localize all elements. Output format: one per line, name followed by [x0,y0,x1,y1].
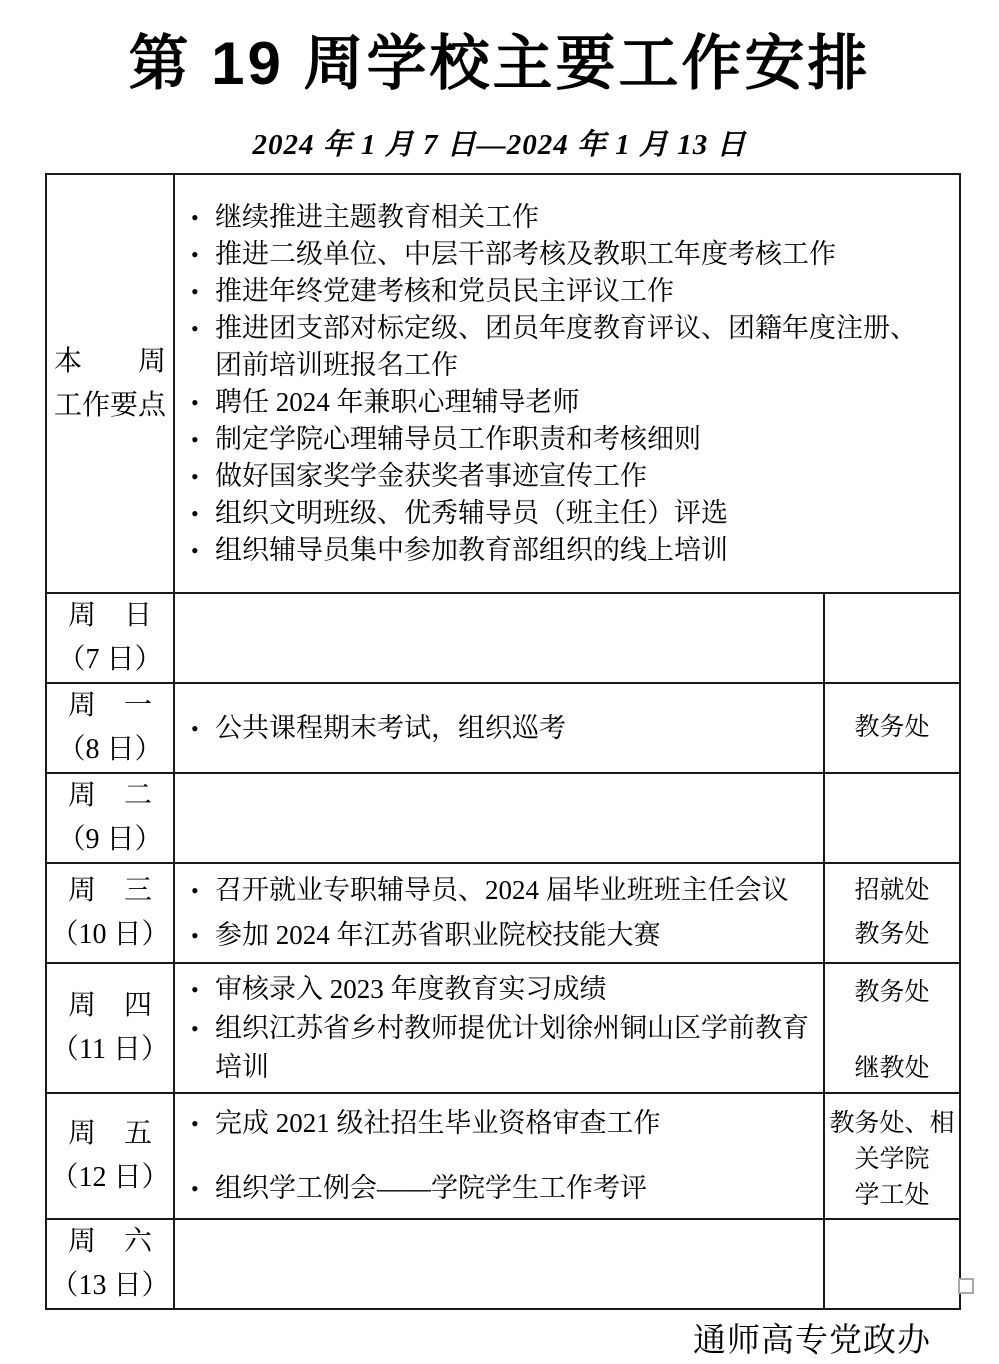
task-item: •推进团支部对标定级、团员年度教育评议、团籍年度注册、团前培训班报名工作 [191,310,931,384]
dept-label: 学工处 [827,1178,957,1214]
task-item: •推进年终党建考核和党员民主评议工作 [191,273,931,310]
task-text: 组织辅导员集中参加教育部组织的线上培训 [215,535,728,565]
bullet-icon: • [191,1167,215,1211]
task-text: 组织学工例会——学院学生工作考评 [215,1173,647,1203]
task-text: 继续推进主题教育相关工作 [215,202,539,232]
task-text: 推进二级单位、中层干部考核及教职工年度考核工作 [215,239,836,269]
dept-label: 招就处 [827,869,957,913]
task-item: •审核录入 2023 年度教育实习成绩 [191,970,811,1009]
day-tasks-cell: •完成 2021 级社招生毕业资格审查工作 •组织学工例会——学院学生工作考评 [174,1093,824,1219]
day-name: 周 四 [47,984,173,1028]
task-item: •组织辅导员集中参加教育部组织的线上培训 [191,532,931,569]
day-date: （9 日） [47,818,173,862]
day-tasks-cell [174,773,824,863]
dept-label: 教务处、相关学院 [827,1106,957,1178]
task-item: •组织文明班级、优秀辅导员（班主任）评选 [191,495,931,532]
day-row-tuesday: 周 二 （9 日） [46,773,960,863]
document-page: 第 19 周学校主要工作安排 2024 年 1 月 7 日—2024 年 1 月… [0,0,999,1364]
day-label: 周 三 （10 日） [46,863,174,963]
day-date: （11 日） [47,1028,173,1072]
day-tasks-cell: •公共课程期末考试，组织巡考 [174,683,824,773]
dept-group: 教务处 继教处 [827,969,957,1087]
bullet-icon: • [191,421,215,458]
bullet-icon: • [191,1102,215,1146]
bullet-icon: • [191,495,215,532]
day-dept-cell: 教务处、相关学院 学工处 [824,1093,960,1219]
summary-label-line2: 工作要点 [47,384,173,428]
day-name: 周 五 [47,1112,173,1156]
summary-label: 本 周 工作要点 [46,174,174,593]
day-label: 周 日 （7 日） [46,593,174,683]
day-tasks-cell: •召开就业专职辅导员、2024 届毕业班班主任会议 •参加 2024 年江苏省职… [174,863,824,963]
day-row-sunday: 周 日 （7 日） [46,593,960,683]
schedule-table: 本 周 工作要点 •继续推进主题教育相关工作 •推进二级单位、中层干部考核及教职… [45,173,961,1310]
task-item: •聘任 2024 年兼职心理辅导老师 [191,384,931,421]
day-date: （13 日） [47,1264,173,1308]
day-label: 周 二 （9 日） [46,773,174,863]
task-text: 公共课程期末考试，组织巡考 [215,713,566,743]
bullet-icon: • [191,971,215,1009]
task-item: •做好国家奖学金获奖者事迹宣传工作 [191,458,931,495]
day-name: 周 二 [47,774,173,818]
task-text: 制定学院心理辅导员工作职责和考核细则 [215,424,701,454]
task-item: •制定学院心理辅导员工作职责和考核细则 [191,421,931,458]
summary-tasks-cell: •继续推进主题教育相关工作 •推进二级单位、中层干部考核及教职工年度考核工作 •… [174,174,960,593]
bullet-icon: • [191,1010,215,1048]
task-text: 聘任 2024 年兼职心理辅导老师 [215,387,580,417]
day-name: 周 一 [47,684,173,728]
day-row-saturday: 周 六 （13 日） [46,1219,960,1309]
day-row-friday: 周 五 （12 日） •完成 2021 级社招生毕业资格审查工作 •组织学工例会… [46,1093,960,1219]
task-item: •完成 2021 级社招生毕业资格审查工作 [191,1101,811,1146]
task-item: •组织学工例会——学院学生工作考评 [191,1166,811,1211]
bullet-icon: • [191,384,215,421]
task-item: •召开就业专职辅导员、2024 届毕业班班主任会议 [191,868,811,913]
day-tasks-cell: •审核录入 2023 年度教育实习成绩 •组织江苏省乡村教师提优计划徐州铜山区学… [174,963,824,1093]
day-name: 周 三 [47,869,173,913]
day-date: （12 日） [47,1156,173,1200]
bullet-icon: • [191,707,215,751]
task-item: •组织江苏省乡村教师提优计划徐州铜山区学前教育培训 [191,1009,811,1086]
day-tasks-cell [174,593,824,683]
task-text: 参加 2024 年江苏省职业院校技能大赛 [215,920,661,950]
day-tasks-cell [174,1219,824,1309]
page-title: 第 19 周学校主要工作安排 [0,16,999,102]
task-text: 召开就业专职辅导员、2024 届毕业班班主任会议 [215,875,789,905]
task-text: 完成 2021 级社招生毕业资格审查工作 [215,1108,661,1138]
summary-row: 本 周 工作要点 •继续推进主题教育相关工作 •推进二级单位、中层干部考核及教职… [46,174,960,593]
bullet-icon: • [191,273,215,310]
task-text: 审核录入 2023 年度教育实习成绩 [215,974,607,1004]
dept-label: 教务处 [827,913,957,957]
task-group: •完成 2021 级社招生毕业资格审查工作 •组织学工例会——学院学生工作考评 [191,1101,811,1211]
bullet-icon: • [191,914,215,958]
task-text: 组织江苏省乡村教师提优计划徐州铜山区学前教育培训 [215,1013,809,1082]
dept-label: 教务处 [827,710,957,746]
task-item: •继续推进主题教育相关工作 [191,199,931,236]
task-item: •推进二级单位、中层干部考核及教职工年度考核工作 [191,236,931,273]
bullet-icon: • [191,199,215,236]
day-date: （7 日） [47,638,173,682]
task-item: •参加 2024 年江苏省职业院校技能大赛 [191,913,811,958]
task-text: 做好国家奖学金获奖者事迹宣传工作 [215,461,647,491]
day-dept-cell [824,593,960,683]
bullet-icon: • [191,532,215,569]
summary-label-line1: 本 周 [47,340,173,384]
task-item: •公共课程期末考试，组织巡考 [191,706,811,751]
day-dept-cell [824,773,960,863]
task-text: 推进团支部对标定级、团员年度教育评议、团籍年度注册、团前培训班报名工作 [215,313,917,380]
day-name: 周 日 [47,594,173,638]
day-date: （10 日） [47,913,173,957]
task-text: 组织文明班级、优秀辅导员（班主任）评选 [215,498,728,528]
bullet-icon: • [191,869,215,913]
date-range: 2024 年 1 月 7 日—2024 年 1 月 13 日 [0,122,999,163]
anchor-marker [958,1278,974,1294]
task-text: 推进年终党建考核和党员民主评议工作 [215,276,674,306]
bullet-icon: • [191,458,215,495]
day-row-wednesday: 周 三 （10 日） •召开就业专职辅导员、2024 届毕业班班主任会议 •参加… [46,863,960,963]
day-label: 周 五 （12 日） [46,1093,174,1219]
bullet-icon: • [191,310,215,347]
day-dept-cell: 招就处 教务处 [824,863,960,963]
day-label: 周 一 （8 日） [46,683,174,773]
day-dept-cell: 教务处 继教处 [824,963,960,1093]
day-row-thursday: 周 四 （11 日） •审核录入 2023 年度教育实习成绩 •组织江苏省乡村教… [46,963,960,1093]
dept-label: 教务处 [827,975,957,1011]
day-dept-cell [824,1219,960,1309]
bullet-icon: • [191,236,215,273]
day-name: 周 六 [47,1220,173,1264]
day-date: （8 日） [47,728,173,772]
dept-group: 教务处、相关学院 学工处 [827,1100,957,1212]
day-dept-cell: 教务处 [824,683,960,773]
footer-office-name: 通师高专党政办 [693,1314,931,1361]
dept-label: 继教处 [827,1051,957,1087]
day-label: 周 四 （11 日） [46,963,174,1093]
day-row-monday: 周 一 （8 日） •公共课程期末考试，组织巡考 教务处 [46,683,960,773]
day-label: 周 六 （13 日） [46,1219,174,1309]
